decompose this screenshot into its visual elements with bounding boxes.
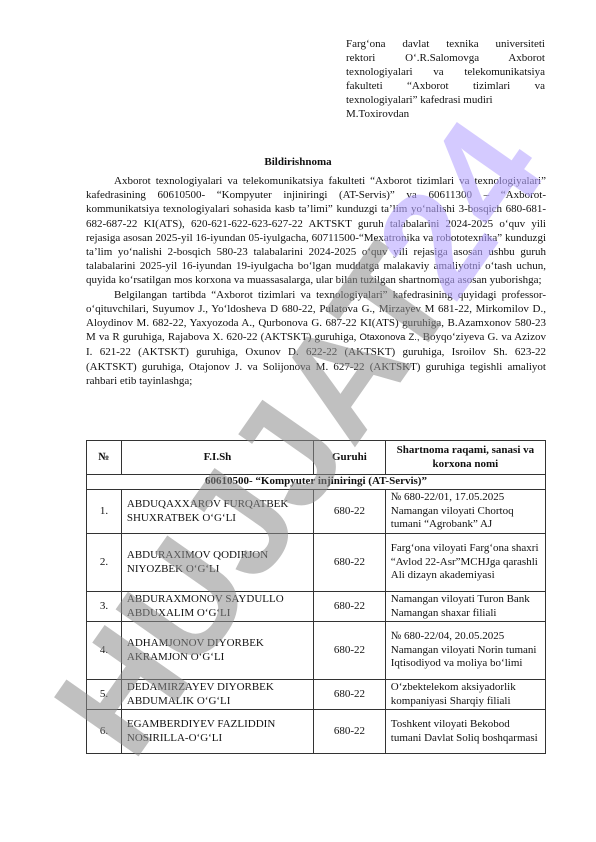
paragraph-2: Belgilangan tartibda “Axborot tizimlari …: [86, 288, 546, 388]
addressee-line: rektori O‘.R.Salomovga Axborot: [346, 51, 545, 65]
cell-contract: Namangan viloyati Turon Bank Namangan sh…: [385, 592, 545, 622]
header-name: F.I.Sh: [121, 441, 313, 475]
table-row: 4. ADHAMJONOV DIYORBEK AKRAMJON O‘G‘LI 6…: [87, 622, 546, 680]
document-title: Bildirishnoma: [0, 156, 596, 168]
cell-name: ABDURAXMONOV SAYDULLO ABDUXALIM O‘G‘LI: [121, 592, 313, 622]
header-number: №: [87, 441, 122, 475]
section-title: 60610500- “Kompyuter injiniringi (AT-Ser…: [87, 475, 546, 490]
document-body: Axborot texnologiyalari va telekomunikat…: [86, 174, 546, 388]
table-row: 3. ABDURAXMONOV SAYDULLO ABDUXALIM O‘G‘L…: [87, 592, 546, 622]
cell-group: 680-22: [314, 490, 386, 534]
cell-name: ADHAMJONOV DIYORBEK AKRAMJON O‘G‘LI: [121, 622, 313, 680]
cell-number: 3.: [87, 592, 122, 622]
cell-name: EGAMBERDIYEV FAZLIDDIN NOSIRILLA-O‘G‘LI: [121, 710, 313, 754]
paragraph-2-small-name: Otaxonova Z.,: [359, 332, 419, 343]
document-page: Farg‘ona davlat texnika universiteti rek…: [0, 0, 596, 842]
table-row: 1. ABDUQAXXAROV FURQATBEK SHUXRATBEK O‘G…: [87, 490, 546, 534]
table-row: 6. EGAMBERDIYEV FAZLIDDIN NOSIRILLA-O‘G‘…: [87, 710, 546, 754]
addressee-line: Farg‘ona davlat texnika universiteti: [346, 37, 545, 51]
header-contract: Shartnoma raqami, sanasi va korxona nomi: [385, 441, 545, 475]
table-header-row: № F.I.Sh Guruhi Shartnoma raqami, sanasi…: [87, 441, 546, 475]
header-group: Guruhi: [314, 441, 386, 475]
cell-contract: № 680-22/04, 20.05.2025 Namangan viloyat…: [385, 622, 545, 680]
cell-name: ABDURAXIMOV QODIRJON NIYOZBEK O‘G‘LI: [121, 534, 313, 592]
addressee-line: texnologiyalari” kafedrasi mudiri: [346, 93, 545, 107]
cell-contract: Farg‘ona viloyati Farg‘ona shaxri “Avlod…: [385, 534, 545, 592]
cell-group: 680-22: [314, 592, 386, 622]
cell-name: ABDUQAXXAROV FURQATBEK SHUXRATBEK O‘G‘LI: [121, 490, 313, 534]
paragraph-1: Axborot texnologiyalari va telekomunikat…: [86, 174, 546, 288]
students-table: № F.I.Sh Guruhi Shartnoma raqami, sanasi…: [86, 440, 546, 754]
cell-number: 5.: [87, 680, 122, 710]
cell-contract: Toshkent viloyati Bekobod tumani Davlat …: [385, 710, 545, 754]
addressee-line: M.Toxirovdan: [346, 107, 545, 121]
cell-group: 680-22: [314, 534, 386, 592]
cell-name: DEDAMIRZAYEV DIYORBEK ABDUMALIK O‘G‘LI: [121, 680, 313, 710]
cell-number: 4.: [87, 622, 122, 680]
cell-contract: № 680-22/01, 17.05.2025 Namangan viloyat…: [385, 490, 545, 534]
addressee-line: fakulteti “Axborot tizimlari va: [346, 79, 545, 93]
cell-group: 680-22: [314, 680, 386, 710]
table-row: 5. DEDAMIRZAYEV DIYORBEK ABDUMALIK O‘G‘L…: [87, 680, 546, 710]
cell-group: 680-22: [314, 710, 386, 754]
cell-number: 2.: [87, 534, 122, 592]
cell-number: 1.: [87, 490, 122, 534]
table-row: 2. ABDURAXIMOV QODIRJON NIYOZBEK O‘G‘LI …: [87, 534, 546, 592]
addressee-line: texnologiyalari va telekomunikatsiya: [346, 65, 545, 79]
cell-group: 680-22: [314, 622, 386, 680]
table-section-row: 60610500- “Kompyuter injiniringi (AT-Ser…: [87, 475, 546, 490]
cell-number: 6.: [87, 710, 122, 754]
cell-contract: O‘zbektelekom aksiyadorlik kompaniyasi S…: [385, 680, 545, 710]
addressee-block: Farg‘ona davlat texnika universiteti rek…: [346, 37, 545, 121]
